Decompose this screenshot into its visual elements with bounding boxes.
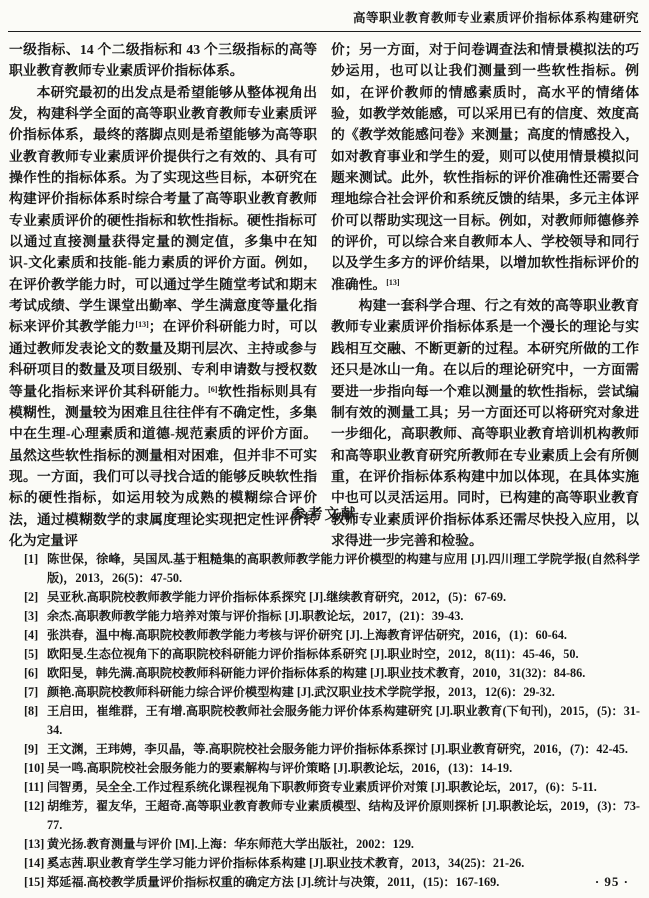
reference-text: 欧阳旻.生态位视角下的高职院校科研能力评价指标体系研究 [J].职业时空，201…	[47, 647, 579, 661]
reference-item: [3]余杰.高职教师教学能力培养对策与评价指标 [J].职教论坛，2017，(2…	[24, 607, 640, 626]
reference-number: [11]	[24, 778, 44, 797]
header-rule	[8, 31, 641, 32]
body-paragraph: 价；另一方面，对于问卷调查法和情景模拟法的巧妙运用，也可以让我们测量到一些软性指…	[331, 39, 639, 295]
references-section: 参考文献 [1]陈世保，徐峰，吴国凤.基于粗糙集的高职教师教学能力评价模型的构建…	[0, 503, 649, 892]
reference-item: [9]王文渊，王玮娉，李贝晶，等.高职院校社会服务能力评价指标体系探讨 [J].…	[24, 740, 640, 759]
reference-text: 余杰.高职教师教学能力培养对策与评价指标 [J].职教论坛，2017，(21)：…	[47, 609, 463, 623]
reference-text: 吴亚秋.高职院校教师教学能力评价指标体系探究 [J].继续教育研究，2012，(…	[47, 590, 506, 604]
reference-number: [14]	[24, 854, 44, 873]
reference-item: [12]胡维芳，翟友华，王超奇.高等职业教育教师专业素质模型、结构及评价原则探析…	[24, 797, 640, 835]
reference-item: [2]吴亚秋.高职院校教师教学能力评价指标体系探究 [J].继续教育研究，201…	[24, 588, 640, 607]
page-number: · 95 ·	[595, 874, 629, 890]
reference-item: [10]吴一鸣.高职院校社会服务能力的要素解构与评价策略 [J].职教论坛，20…	[24, 759, 640, 778]
reference-text: 郑延福.高校教学质量评价指标权重的确定方法 [J].统计与决策，2011，(15…	[47, 875, 499, 889]
citation-superscript: [6]	[208, 385, 217, 394]
citation-superscript: [13]	[135, 320, 148, 329]
reference-text: 闫智勇，吴全全.工作过程系统化课程视角下职教师资专业素质评价对策 [J].职教论…	[47, 780, 597, 794]
reference-item: [5]欧阳旻.生态位视角下的高职院校科研能力评价指标体系研究 [J].职业时空，…	[24, 645, 640, 664]
body-columns: 一级指标、14 个二级指标和 43 个三级指标的高等职业教育教师专业素质评价指标…	[9, 39, 640, 551]
document-page: 高等职业教育教师专业素质评价指标体系构建研究 一级指标、14 个二级指标和 43…	[0, 0, 649, 898]
body-paragraph: 本研究最初的出发点是希望能够从整体视角出发，构建科学全面的高等职业教育教师专业素…	[9, 82, 317, 552]
reference-list: [1]陈世保，徐峰，吴国凤.基于粗糙集的高职教师教学能力评价模型的构建与应用 […	[0, 550, 649, 892]
references-heading: 参考文献	[0, 503, 649, 524]
reference-item: [8]王启田，崔维群，王有增.高职院校教师社会服务能力评价体系构建研究 [J].…	[24, 702, 640, 740]
reference-number: [9]	[24, 740, 38, 759]
reference-text: 胡维芳，翟友华，王超奇.高等职业教育教师专业素质模型、结构及评价原则探析 [J]…	[47, 799, 640, 832]
running-head-title: 高等职业教育教师专业素质评价指标体系构建研究	[10, 8, 639, 26]
reference-item: [6]欧阳旻，韩先满.高职院校教师科研能力评价指标体系的构建 [J].职业技术教…	[24, 664, 640, 683]
reference-text: 王启田，崔维群，王有增.高职院校教师社会服务能力评价体系构建研究 [J].职业教…	[47, 704, 640, 737]
reference-number: [15]	[24, 873, 44, 892]
reference-number: [3]	[24, 607, 38, 626]
reference-number: [4]	[24, 626, 38, 645]
right-column: 价；另一方面，对于问卷调查法和情景模拟法的巧妙运用，也可以让我们测量到一些软性指…	[331, 39, 639, 551]
reference-text: 奚志茜.职业教育学生学习能力评价指标体系构建 [J].职业技术教育，2013，3…	[47, 856, 524, 870]
reference-number: [6]	[24, 664, 38, 683]
reference-item: [11]闫智勇，吴全全.工作过程系统化课程视角下职教师资专业素质评价对策 [J]…	[24, 778, 640, 797]
reference-number: [7]	[24, 683, 38, 702]
reference-text: 欧阳旻，韩先满.高职院校教师科研能力评价指标体系的构建 [J].职业技术教育，2…	[47, 666, 585, 680]
left-column: 一级指标、14 个二级指标和 43 个三级指标的高等职业教育教师专业素质评价指标…	[9, 39, 317, 551]
reference-text: 吴一鸣.高职院校社会服务能力的要素解构与评价策略 [J].职教论坛，2016，(…	[47, 761, 512, 775]
reference-item: [13]黄光扬.教育测量与评价 [M].上海：华东师范大学出版社，2002：12…	[24, 835, 640, 854]
reference-item: [15]郑延福.高校教学质量评价指标权重的确定方法 [J].统计与决策，2011…	[24, 873, 640, 892]
reference-number: [1]	[24, 550, 38, 569]
reference-item: [1]陈世保，徐峰，吴国凤.基于粗糙集的高职教师教学能力评价模型的构建与应用 […	[24, 550, 640, 588]
reference-item: [14]奚志茜.职业教育学生学习能力评价指标体系构建 [J].职业技术教育，20…	[24, 854, 640, 873]
citation-superscript: [13]	[386, 278, 399, 287]
reference-item: [4]张洪春，温中梅.高职院校教师教学能力考核与评价研究 [J].上海教育评估研…	[24, 626, 640, 645]
reference-item: [7]颜艳.高职院校教师科研能力综合评价模型构建 [J].武汉职业技术学院学报，…	[24, 683, 640, 702]
reference-number: [5]	[24, 645, 38, 664]
reference-number: [10]	[24, 759, 44, 778]
reference-text: 陈世保，徐峰，吴国凤.基于粗糙集的高职教师教学能力评价模型的构建与应用 [J].…	[47, 552, 640, 585]
reference-text: 张洪春，温中梅.高职院校教师教学能力考核与评价研究 [J].上海教育评估研究，2…	[47, 628, 567, 642]
reference-text: 黄光扬.教育测量与评价 [M].上海：华东师范大学出版社，2002：129.	[47, 837, 414, 851]
reference-number: [12]	[24, 797, 44, 816]
reference-text: 颜艳.高职院校教师科研能力综合评价模型构建 [J].武汉职业技术学院学报，201…	[47, 685, 555, 699]
reference-text: 王文渊，王玮娉，李贝晶，等.高职院校社会服务能力评价指标体系探讨 [J].职业教…	[47, 742, 628, 756]
body-paragraph: 一级指标、14 个二级指标和 43 个三级指标的高等职业教育教师专业素质评价指标…	[9, 39, 317, 82]
reference-number: [8]	[24, 702, 38, 721]
reference-number: [13]	[24, 835, 44, 854]
reference-number: [2]	[24, 588, 38, 607]
